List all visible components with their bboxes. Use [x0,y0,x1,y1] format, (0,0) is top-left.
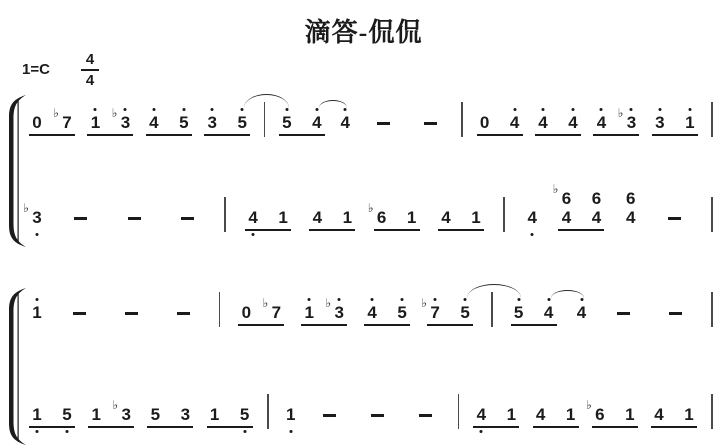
note-number: 1 [625,405,634,424]
beam-line [146,134,192,136]
note-group: 1 [30,303,44,322]
duration-dash [181,217,194,220]
note-number: 3 [655,113,664,132]
beam-line [427,324,473,326]
note-group: 13♭ [302,303,346,322]
note-number: 4 [367,303,376,322]
note-number: 4 [562,208,571,227]
note-number: 4 [536,405,545,424]
note: 6♭ [375,208,389,227]
note: 64 [624,189,638,227]
beam-line [651,426,697,428]
flat-icon: ♭ [23,199,29,218]
fraction-bar-icon [81,69,99,71]
note-number: 1 [286,405,295,424]
note: 7♭ [428,303,442,322]
note: 1 [504,405,518,424]
note-number: 7♭ [62,113,71,132]
system-bracket-icon [3,95,27,247]
note-number: 1 [685,113,694,132]
octave-dot-above [658,108,661,111]
flat-icon: ♭ [112,396,118,415]
note: 1 [89,405,103,424]
note-number: 4 [568,113,577,132]
note-group: 13♭ [88,113,132,132]
octave-dot-below [252,233,255,236]
note-number: 1 [684,405,693,424]
note: 5 [235,113,249,132]
flat-icon: ♭ [618,104,624,123]
duration-dash [74,217,87,220]
note: 1 [302,303,316,322]
note: 4 [246,208,260,227]
note: 5 [177,113,191,132]
note-number: 3♭ [627,113,636,132]
beam-line [652,134,698,136]
time-denominator: 4 [80,73,100,88]
staff-line-bass-1: 3♭41416♭14146♭46464 [30,208,713,227]
note: 1 [564,405,578,424]
octave-dot-above [580,298,583,301]
note-number: 1 [32,303,41,322]
note-group: 41 [652,405,696,424]
duration-dash [125,312,138,315]
note: 3♭ [119,405,133,424]
note-group: 41 [310,208,354,227]
note: 5 [458,303,472,322]
octave-dot-below [531,233,534,236]
note-group: 7♭5 [428,303,472,322]
octave-dot-below [289,430,292,433]
note: 3 [653,113,667,132]
flat-icon: ♭ [368,199,374,218]
note: 3♭ [30,208,44,227]
note: 4 [310,113,324,132]
beam-line [207,426,253,428]
duration-dash [177,312,190,315]
note-number: 1 [566,405,575,424]
note-number: 0 [480,113,489,132]
barline [224,197,226,232]
barline [711,292,713,327]
note-number: 5 [460,303,469,322]
duration-dash [371,414,384,417]
note-group: 07♭ [239,303,283,322]
note: 1 [208,405,222,424]
note-number: 4 [538,113,547,132]
octave-dot-above [36,298,39,301]
note-number: 3 [181,405,190,424]
note-number: 6 [626,189,635,208]
beam-line [245,229,291,231]
note: 4 [474,405,488,424]
note-number: 4 [312,113,321,132]
note-group: 41 [246,208,290,227]
note-group: 6♭1 [375,208,419,227]
note-number: 1 [278,208,287,227]
octave-dot-above [308,298,311,301]
note: 1 [683,113,697,132]
octave-dot-above [513,108,516,111]
octave-dot-above [630,108,633,111]
octave-dot-above [517,298,520,301]
note-number: 5 [179,113,188,132]
staff-line-bass-2: 1513♭5315141416♭141 [30,405,713,424]
octave-dot-below [66,430,69,433]
note-number: 1 [91,405,100,424]
octave-dot-above [464,298,467,301]
note: 5 [148,405,162,424]
note-group: 15 [30,405,74,424]
note: 3♭ [332,303,346,322]
note: 6♭4 [559,189,573,227]
beam-line [535,134,581,136]
note-group: 44 [536,113,580,132]
octave-dot-below [36,233,39,236]
octave-dot-above [542,108,545,111]
note-number: 0 [242,303,251,322]
note-group: 4 [575,303,589,322]
octave-dot-above [600,108,603,111]
barline [711,394,713,429]
octave-dot-above [182,108,185,111]
system-bracket-icon [3,288,27,445]
duration-dash [419,414,432,417]
beam-line [147,426,193,428]
duration-dash [668,217,681,220]
note: 1 [405,208,419,227]
note-number: 3♭ [121,405,130,424]
duration-dash [73,312,86,315]
flat-icon: ♭ [421,294,427,313]
note-group: 45 [365,303,409,322]
beam-line [374,229,420,231]
tie-arc [551,290,584,298]
note-number: 4 [441,208,450,227]
note-group: 35 [205,113,249,132]
note-number: 6♭ [562,189,571,208]
note: 1 [30,405,44,424]
note-number: 1 [210,405,219,424]
note: 1 [469,208,483,227]
flat-icon: ♭ [586,396,592,415]
note-number: 5 [282,113,291,132]
note: 1 [276,208,290,227]
note-group: 6♭1 [593,405,637,424]
tie-arc [244,94,289,108]
barline [711,197,713,232]
time-signature: 4 4 [80,52,100,88]
key-signature: 1=C [22,61,50,78]
staff-line-melody-2: 107♭13♭457♭5544 [30,303,713,322]
note-number: 4 [313,208,322,227]
note: 4 [542,303,556,322]
score-title: 滴答-侃侃 [0,12,727,49]
note-number: 5 [151,405,160,424]
flat-icon: ♭ [325,294,331,313]
note-group: 07♭ [30,113,74,132]
note-number: 4 [577,303,586,322]
note: 5 [280,113,294,132]
duration-dash [128,217,141,220]
duration-dash [617,312,630,315]
note-group: 53 [148,405,192,424]
note: 4 [147,113,161,132]
system-2: 107♭13♭457♭5544 1513♭5315141416♭141 [30,303,713,443]
beam-line [87,134,133,136]
note: 4 [534,405,548,424]
note-group: 54 [280,113,324,132]
flat-icon: ♭ [112,104,118,123]
note: 5 [60,405,74,424]
beam-line [279,134,325,136]
flat-icon: ♭ [553,180,559,199]
note-number: 4 [654,405,663,424]
note: 7♭ [269,303,283,322]
note: 4 [365,303,379,322]
note: 4 [575,303,589,322]
note-number: 4 [340,113,349,132]
duration-dash [323,414,336,417]
note: 3♭ [624,113,638,132]
note: 4 [338,113,352,132]
note: 7♭ [60,113,74,132]
note-group: 3♭ [30,208,44,227]
note-number: 1 [32,405,41,424]
note: 4 [525,208,539,227]
note-group: 41 [439,208,483,227]
octave-dot-below [36,430,39,433]
note-number: 4 [527,208,536,227]
duration-dash [377,122,390,125]
beam-line [88,426,134,428]
note-number: 4 [544,303,553,322]
note-number: 4 [510,113,519,132]
time-numerator: 4 [80,52,100,67]
beam-line [29,426,75,428]
octave-dot-above [371,298,374,301]
octave-dot-above [688,108,691,111]
system-1: 07♭13♭4535544044443♭31 3♭41416♭14146♭464… [30,113,713,247]
note-group: 04 [478,113,522,132]
note-number: 4 [592,208,601,227]
note-number: 3♭ [334,303,343,322]
note-number: 4 [477,405,486,424]
note: 1 [88,113,102,132]
octave-dot-above [338,298,341,301]
note-group: 41 [474,405,518,424]
beam-line [301,324,347,326]
beam-line [438,229,484,231]
duration-dash [424,122,437,125]
note-number: 3♭ [32,208,41,227]
note-number: 3♭ [121,113,130,132]
octave-dot-above [572,108,575,111]
beam-line [238,324,284,326]
note-number: 7♭ [272,303,281,322]
barline [461,102,463,137]
note: 1 [340,208,354,227]
note-number: 5 [514,303,523,322]
note-number: 4 [597,113,606,132]
octave-dot-below [243,430,246,433]
octave-dot-above [211,108,214,111]
note: 6♭ [593,405,607,424]
barline [267,394,269,429]
note-number: 4 [149,113,158,132]
note-group: 15 [208,405,252,424]
note: 4 [594,113,608,132]
note-number: 3 [208,113,217,132]
sheet-music-page: 滴答-侃侃 1=C 4 4 07♭13♭4535544044443♭31 3♭4… [0,0,727,448]
note: 4 [439,208,453,227]
beam-line [204,134,250,136]
tie-arc [467,284,521,298]
beam-line [473,426,519,428]
note-group: 1 [284,405,298,424]
note-group: 6♭464 [559,189,603,227]
note-group: 13♭ [89,405,133,424]
note: 1 [682,405,696,424]
note: 1 [284,405,298,424]
beam-line [511,324,557,326]
beam-line [364,324,410,326]
note: 4 [566,113,580,132]
note-number: 1 [343,208,352,227]
note-number: 7♭ [430,303,439,322]
note: 0 [30,113,44,132]
note-number: 5 [397,303,406,322]
note: 5 [238,405,252,424]
note-number: 1 [91,113,100,132]
note: 1 [30,303,44,322]
note: 3♭ [118,113,132,132]
note-group: 43♭ [594,113,638,132]
note-number: 4 [248,208,257,227]
flat-icon: ♭ [263,294,269,313]
octave-dot-above [285,108,288,111]
octave-dot-above [344,108,347,111]
note-group: 64 [624,189,638,227]
duration-dash [669,312,682,315]
tie-arc [319,100,347,108]
note-number: 6♭ [377,208,386,227]
note-number: 5 [62,405,71,424]
note: 1 [623,405,637,424]
note: 3 [205,113,219,132]
beam-line [29,134,75,136]
note-group: 41 [534,405,578,424]
note-number: 1 [507,405,516,424]
note: 4 [310,208,324,227]
flat-icon: ♭ [53,104,59,123]
beam-line [533,426,579,428]
beam-line [309,229,355,231]
note-number: 0 [32,113,41,132]
octave-dot-above [94,108,97,111]
note: 3 [178,405,192,424]
note-number: 1 [407,208,416,227]
note: 5 [395,303,409,322]
note-number: 5 [238,113,247,132]
note: 4 [508,113,522,132]
note-number: 1 [304,303,313,322]
note-group: 4 [338,113,352,132]
beam-line [593,134,639,136]
beam-line [592,426,638,428]
note-number: 4 [626,208,635,227]
note-group: 31 [653,113,697,132]
beam-line [558,229,604,231]
barline [219,292,221,327]
barline [503,197,505,232]
octave-dot-above [152,108,155,111]
octave-dot-above [124,108,127,111]
octave-dot-above [401,298,404,301]
note: 4 [536,113,550,132]
octave-dot-above [241,108,244,111]
barline [458,394,460,429]
octave-dot-above [434,298,437,301]
note-group: 45 [147,113,191,132]
note-number: 5 [240,405,249,424]
barline [711,102,713,137]
note-group: 54 [512,303,556,322]
octave-dot-above [315,108,318,111]
octave-dot-above [547,298,550,301]
note: 5 [512,303,526,322]
octave-dot-below [480,430,483,433]
note-group: 4 [525,208,539,227]
note-number: 6♭ [595,405,604,424]
staff-line-melody-1: 07♭13♭4535544044443♭31 [30,113,713,132]
note-number: 6 [592,189,601,208]
note: 4 [652,405,666,424]
beam-line [477,134,523,136]
note: 64 [589,189,603,227]
note-number: 1 [471,208,480,227]
note: 0 [478,113,492,132]
note: 0 [239,303,253,322]
